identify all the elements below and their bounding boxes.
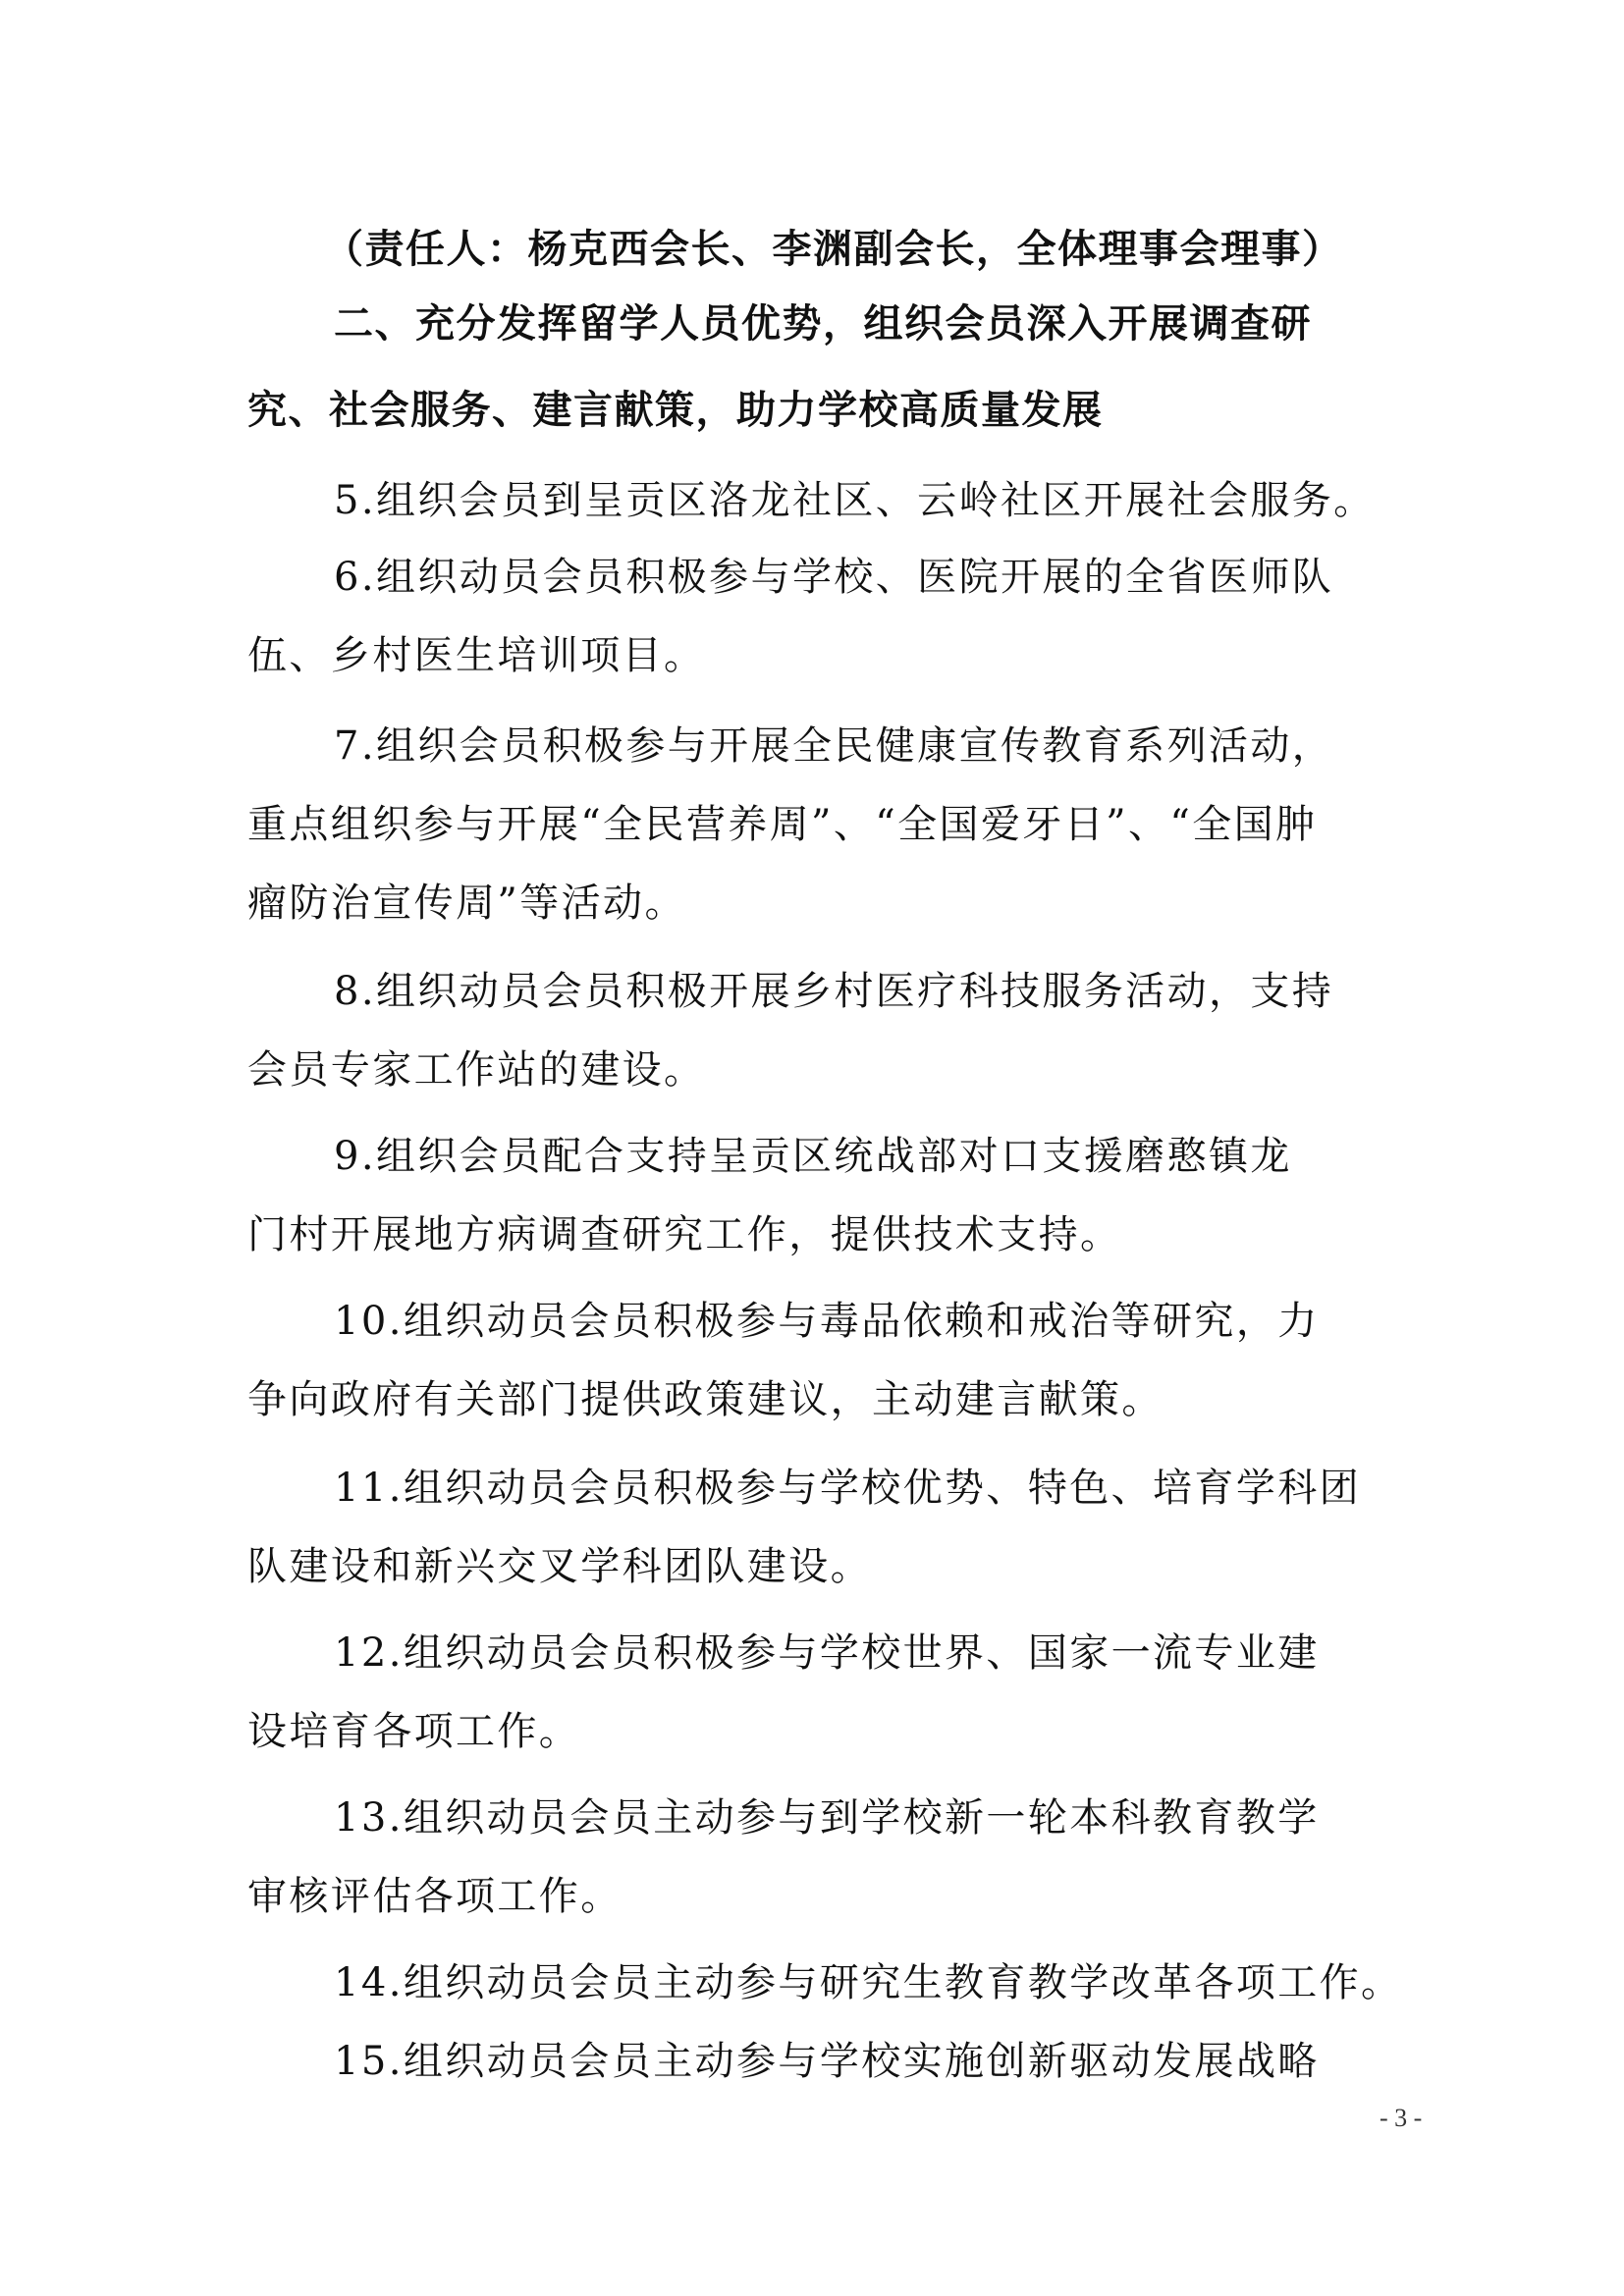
item-10-line-2: 争向政府有关部门提供政策建议，主动建言献策。 — [247, 1380, 1164, 1419]
item-8-line-1: 8.组织动员会员积极开展乡村医疗科技服务活动，支持 — [334, 972, 1333, 1011]
page-number: - 3 - — [1380, 2104, 1422, 2133]
responsible-note: （责任人：杨克西会长、李渊副会长，全体理事会理事） — [324, 230, 1343, 269]
item-8-line-2: 会员专家工作站的建设。 — [247, 1050, 705, 1090]
item-6-line-2: 伍、乡村医生培训项目。 — [247, 636, 705, 675]
item-11-line-1: 11.组织动员会员积极参与学校优势、特色、培育学科团 — [334, 1468, 1361, 1508]
item-10-line-1: 10.组织动员会员积极参与毒品依赖和戒治等研究，力 — [334, 1302, 1320, 1341]
item-7-line-2: 重点组织参与开展“全民营养周”、“全国爱牙日”、“全国肿 — [247, 805, 1317, 844]
item-7-line-3: 瘤防治宣传周”等活动。 — [247, 883, 686, 923]
item-12-line-1: 12.组织动员会员积极参与学校世界、国家一流专业建 — [334, 1633, 1320, 1673]
item-7-line-1: 7.组织会员积极参与开展全民健康宣传教育系列活动， — [334, 726, 1333, 766]
item-9-line-2: 门村开展地方病调查研究工作，提供技术支持。 — [247, 1215, 1121, 1255]
document-page: （责任人：杨克西会长、李渊副会长，全体理事会理事） 二、充分发挥留学人员优势，组… — [0, 0, 1624, 2296]
item-11-line-2: 队建设和新兴交叉学科团队建设。 — [247, 1547, 872, 1586]
item-5-line-1: 5.组织会员到呈贡区洛龙社区、云岭社区开展社会服务。 — [334, 481, 1376, 520]
section-heading-line-1: 二、充分发挥留学人员优势，组织会员深入开展调查研 — [334, 304, 1312, 344]
item-13-line-2: 审核评估各项工作。 — [247, 1877, 623, 1916]
item-12-line-2: 设培育各项工作。 — [247, 1712, 580, 1751]
section-heading-line-2: 究、社会服务、建言献策，助力学校高质量发展 — [247, 391, 1104, 430]
item-15-line-1: 15.组织动员会员主动参与学校实施创新驱动发展战略 — [334, 2042, 1320, 2081]
item-9-line-1: 9.组织会员配合支持呈贡区统战部对口支援磨憨镇龙 — [334, 1137, 1292, 1176]
item-6-line-1: 6.组织动员会员积极参与学校、医院开展的全省医师队 — [334, 558, 1333, 597]
item-13-line-1: 13.组织动员会员主动参与到学校新一轮本科教育教学 — [334, 1798, 1320, 1838]
item-14-line-1: 14.组织动员会员主动参与研究生教育教学改革各项工作。 — [334, 1963, 1402, 2002]
